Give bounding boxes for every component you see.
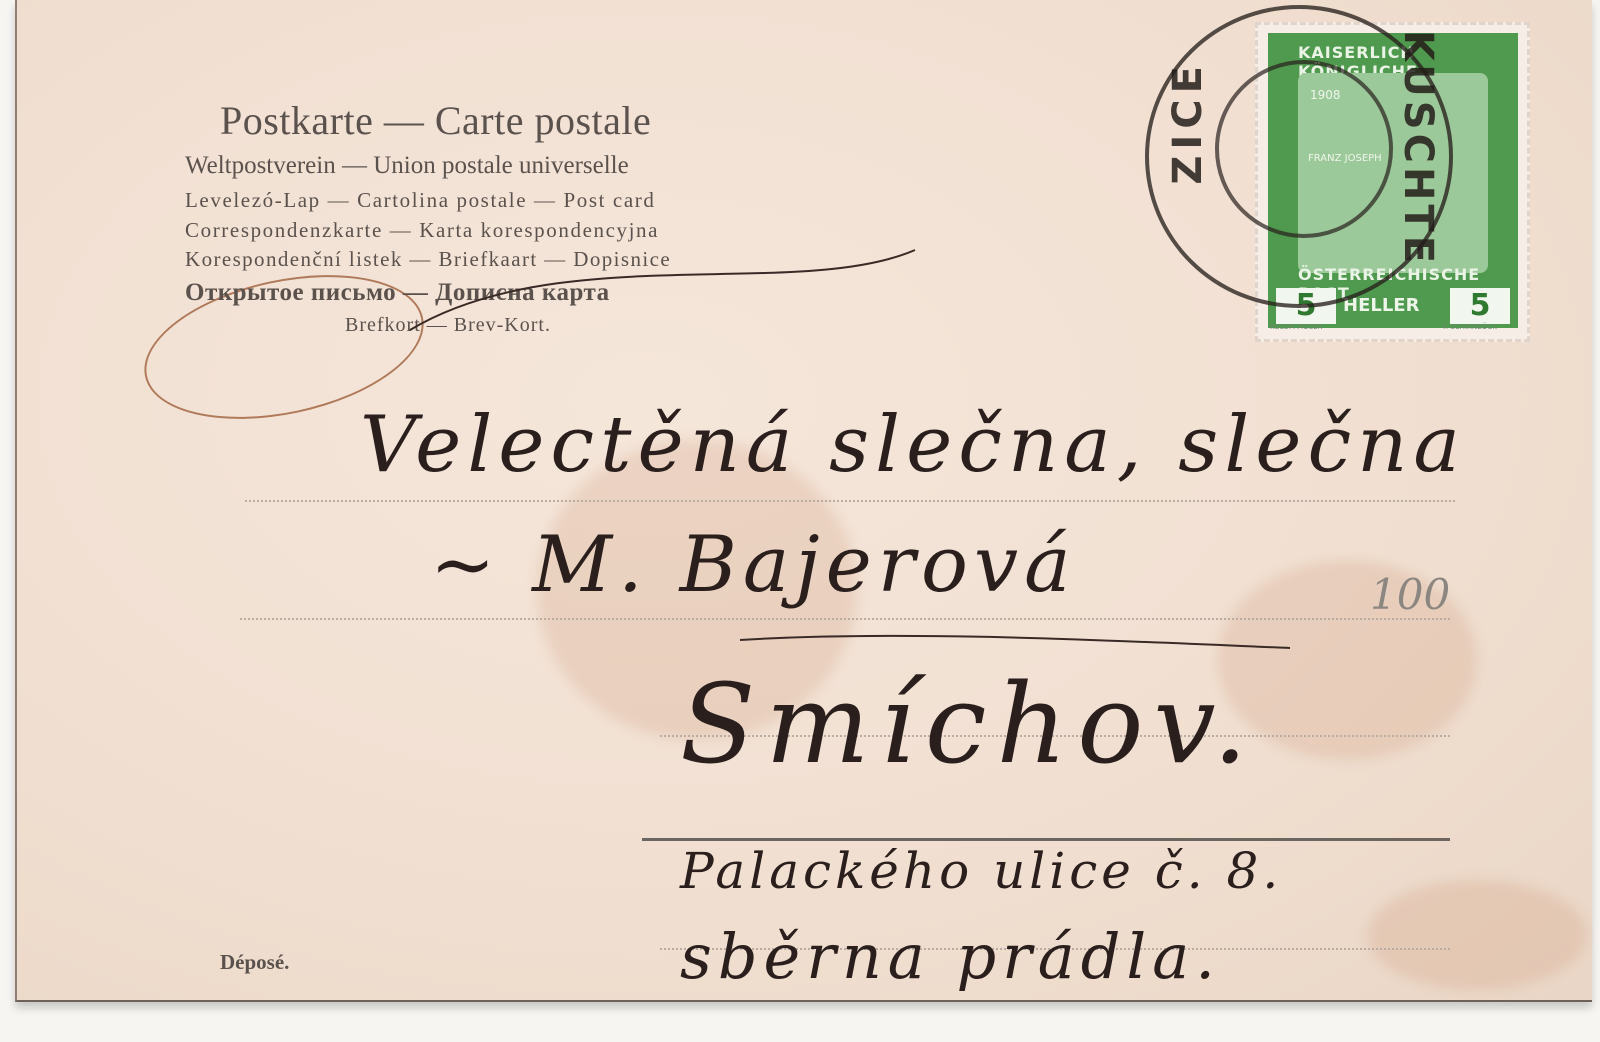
stamp-value-right: 5	[1450, 288, 1510, 324]
postmark-text-right: KUSCHTE	[1395, 30, 1441, 267]
stamp-designer: KOLOM MOSER	[1270, 323, 1322, 331]
postmark-inner-circle-icon	[1215, 60, 1393, 238]
stamp-currency: HELLER	[1343, 295, 1419, 316]
stamp-engraver: F. SCHIRNBÖCK	[1443, 323, 1497, 331]
postmark-text-left: ZICE	[1165, 60, 1211, 185]
